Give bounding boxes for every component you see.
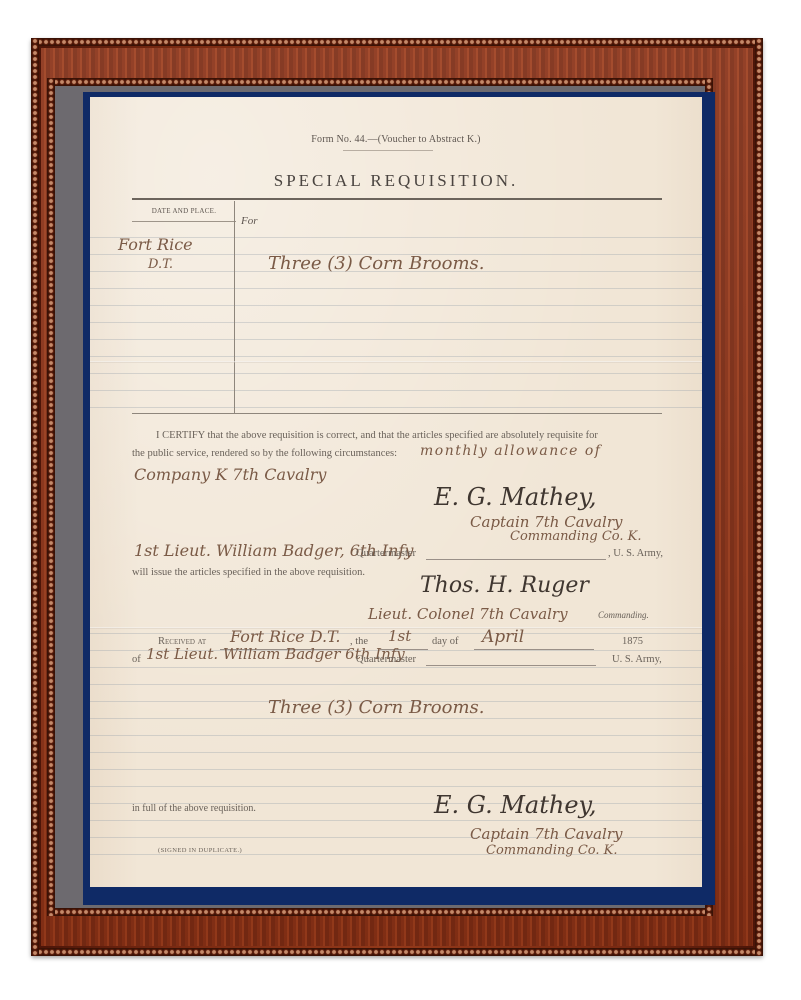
frame-bead-left	[31, 38, 39, 956]
receipt-quartermaster-fill-line	[426, 665, 596, 666]
receipt-day: 1st	[388, 627, 411, 645]
quartermaster-label: Quartermaster	[356, 548, 416, 559]
receipt-signer-title: Captain 7th Cavalry	[470, 825, 623, 843]
certify-line2: the public service, rendered so by the f…	[132, 448, 397, 459]
for-label: For	[241, 215, 258, 227]
requested-item: Three (3) Corn Brooms.	[268, 253, 485, 274]
date-place-line1: Fort Rice	[118, 235, 193, 254]
certify-line1: I CERTIFY that the above requisition is …	[156, 430, 598, 441]
column-divider	[234, 201, 235, 413]
items-received: Three (3) Corn Brooms.	[268, 697, 485, 718]
title-rule	[132, 198, 662, 200]
receipt-signer-role: Commanding Co. K.	[486, 843, 618, 858]
receipt-signature: E. G. Mathey,	[434, 791, 597, 819]
inner-bead-top	[47, 78, 713, 86]
signed-in-duplicate: (SIGNED IN DUPLICATE.)	[158, 847, 242, 854]
receipt-year: 1875	[622, 636, 643, 647]
quartermaster-fill-line	[426, 559, 606, 560]
frame-bead-right	[755, 38, 763, 956]
receipt-army-label: U. S. Army,	[612, 654, 662, 665]
certify-signature: E. G. Mathey,	[434, 483, 597, 511]
paper-fold	[90, 361, 702, 363]
in-full-text: in full of the above requisition.	[132, 803, 256, 814]
circumstance-part2: Company K 7th Cavalry	[134, 465, 326, 484]
document-title: SPECIAL REQUISITION.	[90, 171, 702, 191]
date-and-place-header: DATE AND PLACE.	[132, 207, 236, 215]
frame-bead-bottom	[31, 948, 763, 956]
circumstance-part1: monthly allowance of	[420, 443, 601, 459]
form-number-rule	[343, 150, 433, 151]
date-place-line2: D.T.	[148, 257, 173, 272]
army-label: , U. S. Army,	[608, 548, 663, 559]
receipt-quartermaster-label: Quartermaster	[356, 654, 416, 665]
inner-bead-bottom	[47, 908, 713, 916]
form-number: Form No. 44.—(Voucher to Abstract K.)	[90, 134, 702, 145]
of-label: of	[132, 654, 141, 665]
table-bottom-rule	[132, 413, 662, 414]
received-place: Fort Rice D.T.	[230, 627, 340, 646]
requisition-document: Form No. 44.—(Voucher to Abstract K.) SP…	[90, 97, 702, 887]
day-of-label: day of	[432, 636, 459, 647]
month-fill-line	[474, 649, 594, 650]
issue-instruction: will issue the articles specified in the…	[132, 567, 365, 578]
frame-bead-top	[31, 38, 763, 46]
inner-bead-left	[47, 78, 55, 916]
commander-signature: Thos. H. Ruger	[420, 573, 589, 598]
certify-signer-role: Commanding Co. K.	[510, 529, 642, 544]
header-rule	[132, 221, 236, 222]
receipt-month: April	[482, 627, 524, 647]
